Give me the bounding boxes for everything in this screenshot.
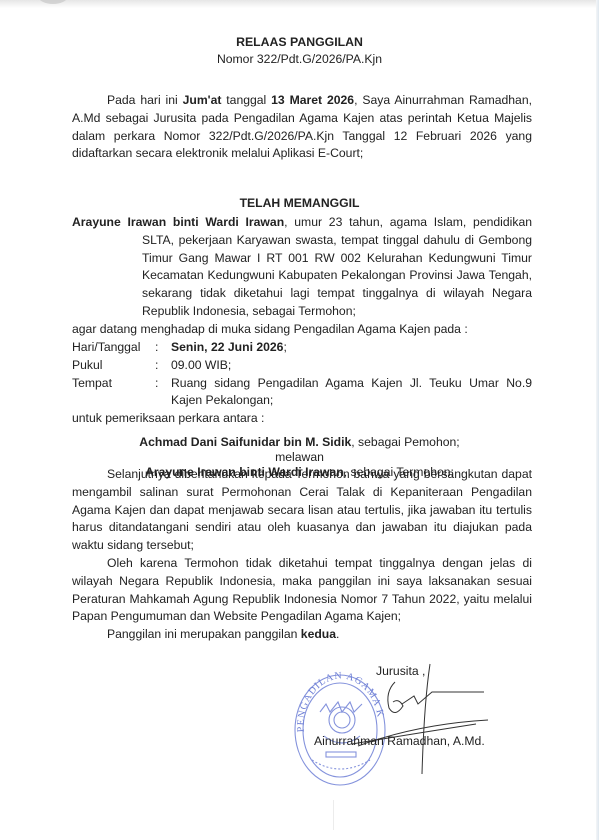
basis-paragraph: Oleh karena Termohon tidak diketahui tem… xyxy=(72,555,532,626)
document-number: Nomor 322/Pdt.G/2026/PA.Kjn xyxy=(0,52,599,66)
opening-paragraph: Pada hari ini Jum'at tanggal 13 Maret 20… xyxy=(72,92,532,163)
schedule-colon: : xyxy=(152,357,171,375)
schedule-row-time: Pukul : 09.00 WIB; xyxy=(72,357,532,375)
applicant-line: Achmad Dani Saifunidar bin M. Sidik, seb… xyxy=(0,435,599,450)
signatory-role: Jurusita , xyxy=(376,664,425,678)
summoned-name: Arayune Irawan binti Wardi Irawan xyxy=(72,215,284,229)
basis-text: Oleh karena Termohon tidak diketahui tem… xyxy=(72,556,532,623)
signature-scribble xyxy=(352,664,488,774)
applicant-name: Achmad Dani Saifunidar bin M. Sidik xyxy=(139,435,351,449)
schedule-value: Ruang sidang Pengadilan Agama Kajen Jl. … xyxy=(171,375,532,411)
punctuation: ; xyxy=(283,340,286,354)
schedule-row-date: Hari/Tanggal : Senin, 22 Juni 2026; xyxy=(72,339,532,357)
opening-day: Jum'at xyxy=(183,93,222,107)
schedule-colon: : xyxy=(152,375,171,411)
closing-text: Panggilan ini merupakan panggilan xyxy=(107,627,301,641)
instruction-text: agar datang menghadap di muka sidang Pen… xyxy=(72,321,468,339)
versus-text: melawan xyxy=(0,450,599,465)
applicant-role: , sebagai Pemohon; xyxy=(351,435,459,449)
opening-date: 13 Maret 2026 xyxy=(271,93,354,107)
notice-text: Selanjutnya diberitahukan kepada Termoho… xyxy=(72,467,532,552)
schedule-label: Tempat xyxy=(72,375,152,411)
scan-line-artifact xyxy=(333,800,334,830)
case-intro: untuk pemeriksaan perkara antara : xyxy=(72,410,264,428)
document-title: RELAAS PANGGILAN xyxy=(0,35,599,49)
notice-paragraph: Selanjutnya diberitahukan kepada Termoho… xyxy=(72,466,532,555)
opening-text: Pada hari ini xyxy=(107,93,183,107)
schedule-colon: : xyxy=(152,339,171,357)
document-page: RELAAS PANGGILAN Nomor 322/Pdt.G/2026/PA… xyxy=(0,0,599,840)
summoned-details: , umur 23 tahun, agama Islam, pendidikan… xyxy=(142,215,532,318)
hearing-date: Senin, 22 Juni 2026 xyxy=(171,340,283,354)
summoned-party: Arayune Irawan binti Wardi Irawan, umur … xyxy=(72,214,532,321)
summons-ordinal: kedua xyxy=(301,627,336,641)
schedule-row-place: Tempat : Ruang sidang Pengadilan Agama K… xyxy=(72,375,532,411)
section-heading: TELAH MEMANGGIL xyxy=(0,196,599,210)
opening-text: tanggal xyxy=(221,93,271,107)
punctuation: . xyxy=(336,627,339,641)
signature-block: PENGADILAN AGAMA KAJEN Jurusita , Ainurr… xyxy=(290,660,590,790)
schedule-value: 09.00 WIB; xyxy=(171,357,532,375)
hearing-schedule: Hari/Tanggal : Senin, 22 Juni 2026; Puku… xyxy=(72,339,532,410)
closing-paragraph: Panggilan ini merupakan panggilan kedua. xyxy=(72,626,532,644)
stamp-text: PENGADILAN AGAMA KAJEN xyxy=(290,660,386,732)
schedule-label: Pukul xyxy=(72,357,152,375)
signatory-name: Ainurrahman Ramadhan, A.Md. xyxy=(314,734,485,748)
schedule-label: Hari/Tanggal xyxy=(72,339,152,357)
court-stamp-icon: PENGADILAN AGAMA KAJEN xyxy=(290,660,590,790)
svg-text:PENGADILAN AGAMA KAJEN: PENGADILAN AGAMA KAJEN xyxy=(290,660,386,732)
schedule-value: Senin, 22 Juni 2026; xyxy=(171,339,532,357)
